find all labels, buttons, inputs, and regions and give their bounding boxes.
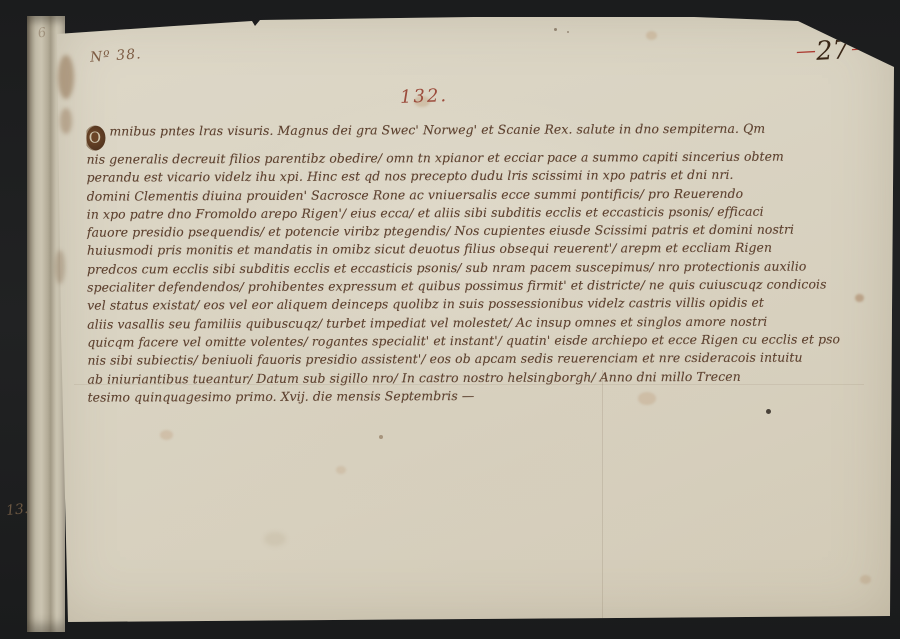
stain: [264, 532, 286, 546]
parchment-page: Nº 38. —27— 132. Omnibus pntes lras visu…: [54, 12, 894, 623]
stain: [567, 31, 569, 33]
archive-number: Nº 38.: [90, 46, 143, 66]
edge-mark-bottom: 13.: [5, 501, 29, 519]
stain: [766, 409, 771, 414]
initial-letter: O: [86, 126, 105, 151]
stain: [830, 24, 843, 33]
fold-line: [602, 370, 603, 618]
stain: [554, 28, 557, 31]
folio-number-value: 27: [813, 35, 852, 67]
folio-dash-left: —: [795, 38, 814, 63]
stain: [160, 430, 173, 440]
photo-background: 6 13. Nº 38. —27— 132. Omnibus pntes lra…: [0, 0, 900, 639]
folio-number: —27—: [795, 34, 870, 68]
text-line-content: mnibus pntes lras visuris. Magnus dei gr…: [109, 121, 765, 139]
stain: [60, 108, 72, 134]
document-number: 132.: [400, 85, 449, 108]
stain: [379, 435, 383, 439]
text-line: Omnibus pntes lras visuris. Magnus dei g…: [86, 119, 846, 150]
stain: [855, 294, 864, 302]
text-line: ab iniuriantibus tueantur/ Datum sub sig…: [87, 367, 847, 389]
stain: [860, 575, 871, 584]
stain: [336, 466, 346, 474]
stain: [55, 250, 65, 284]
stain: [646, 31, 657, 40]
stain: [58, 55, 74, 99]
manuscript-text: Omnibus pntes lras visuris. Magnus dei g…: [86, 119, 847, 406]
folio-dash-right: —: [850, 35, 869, 60]
text-line: tesimo quinquagesimo primo. Xvij. die me…: [88, 385, 848, 407]
